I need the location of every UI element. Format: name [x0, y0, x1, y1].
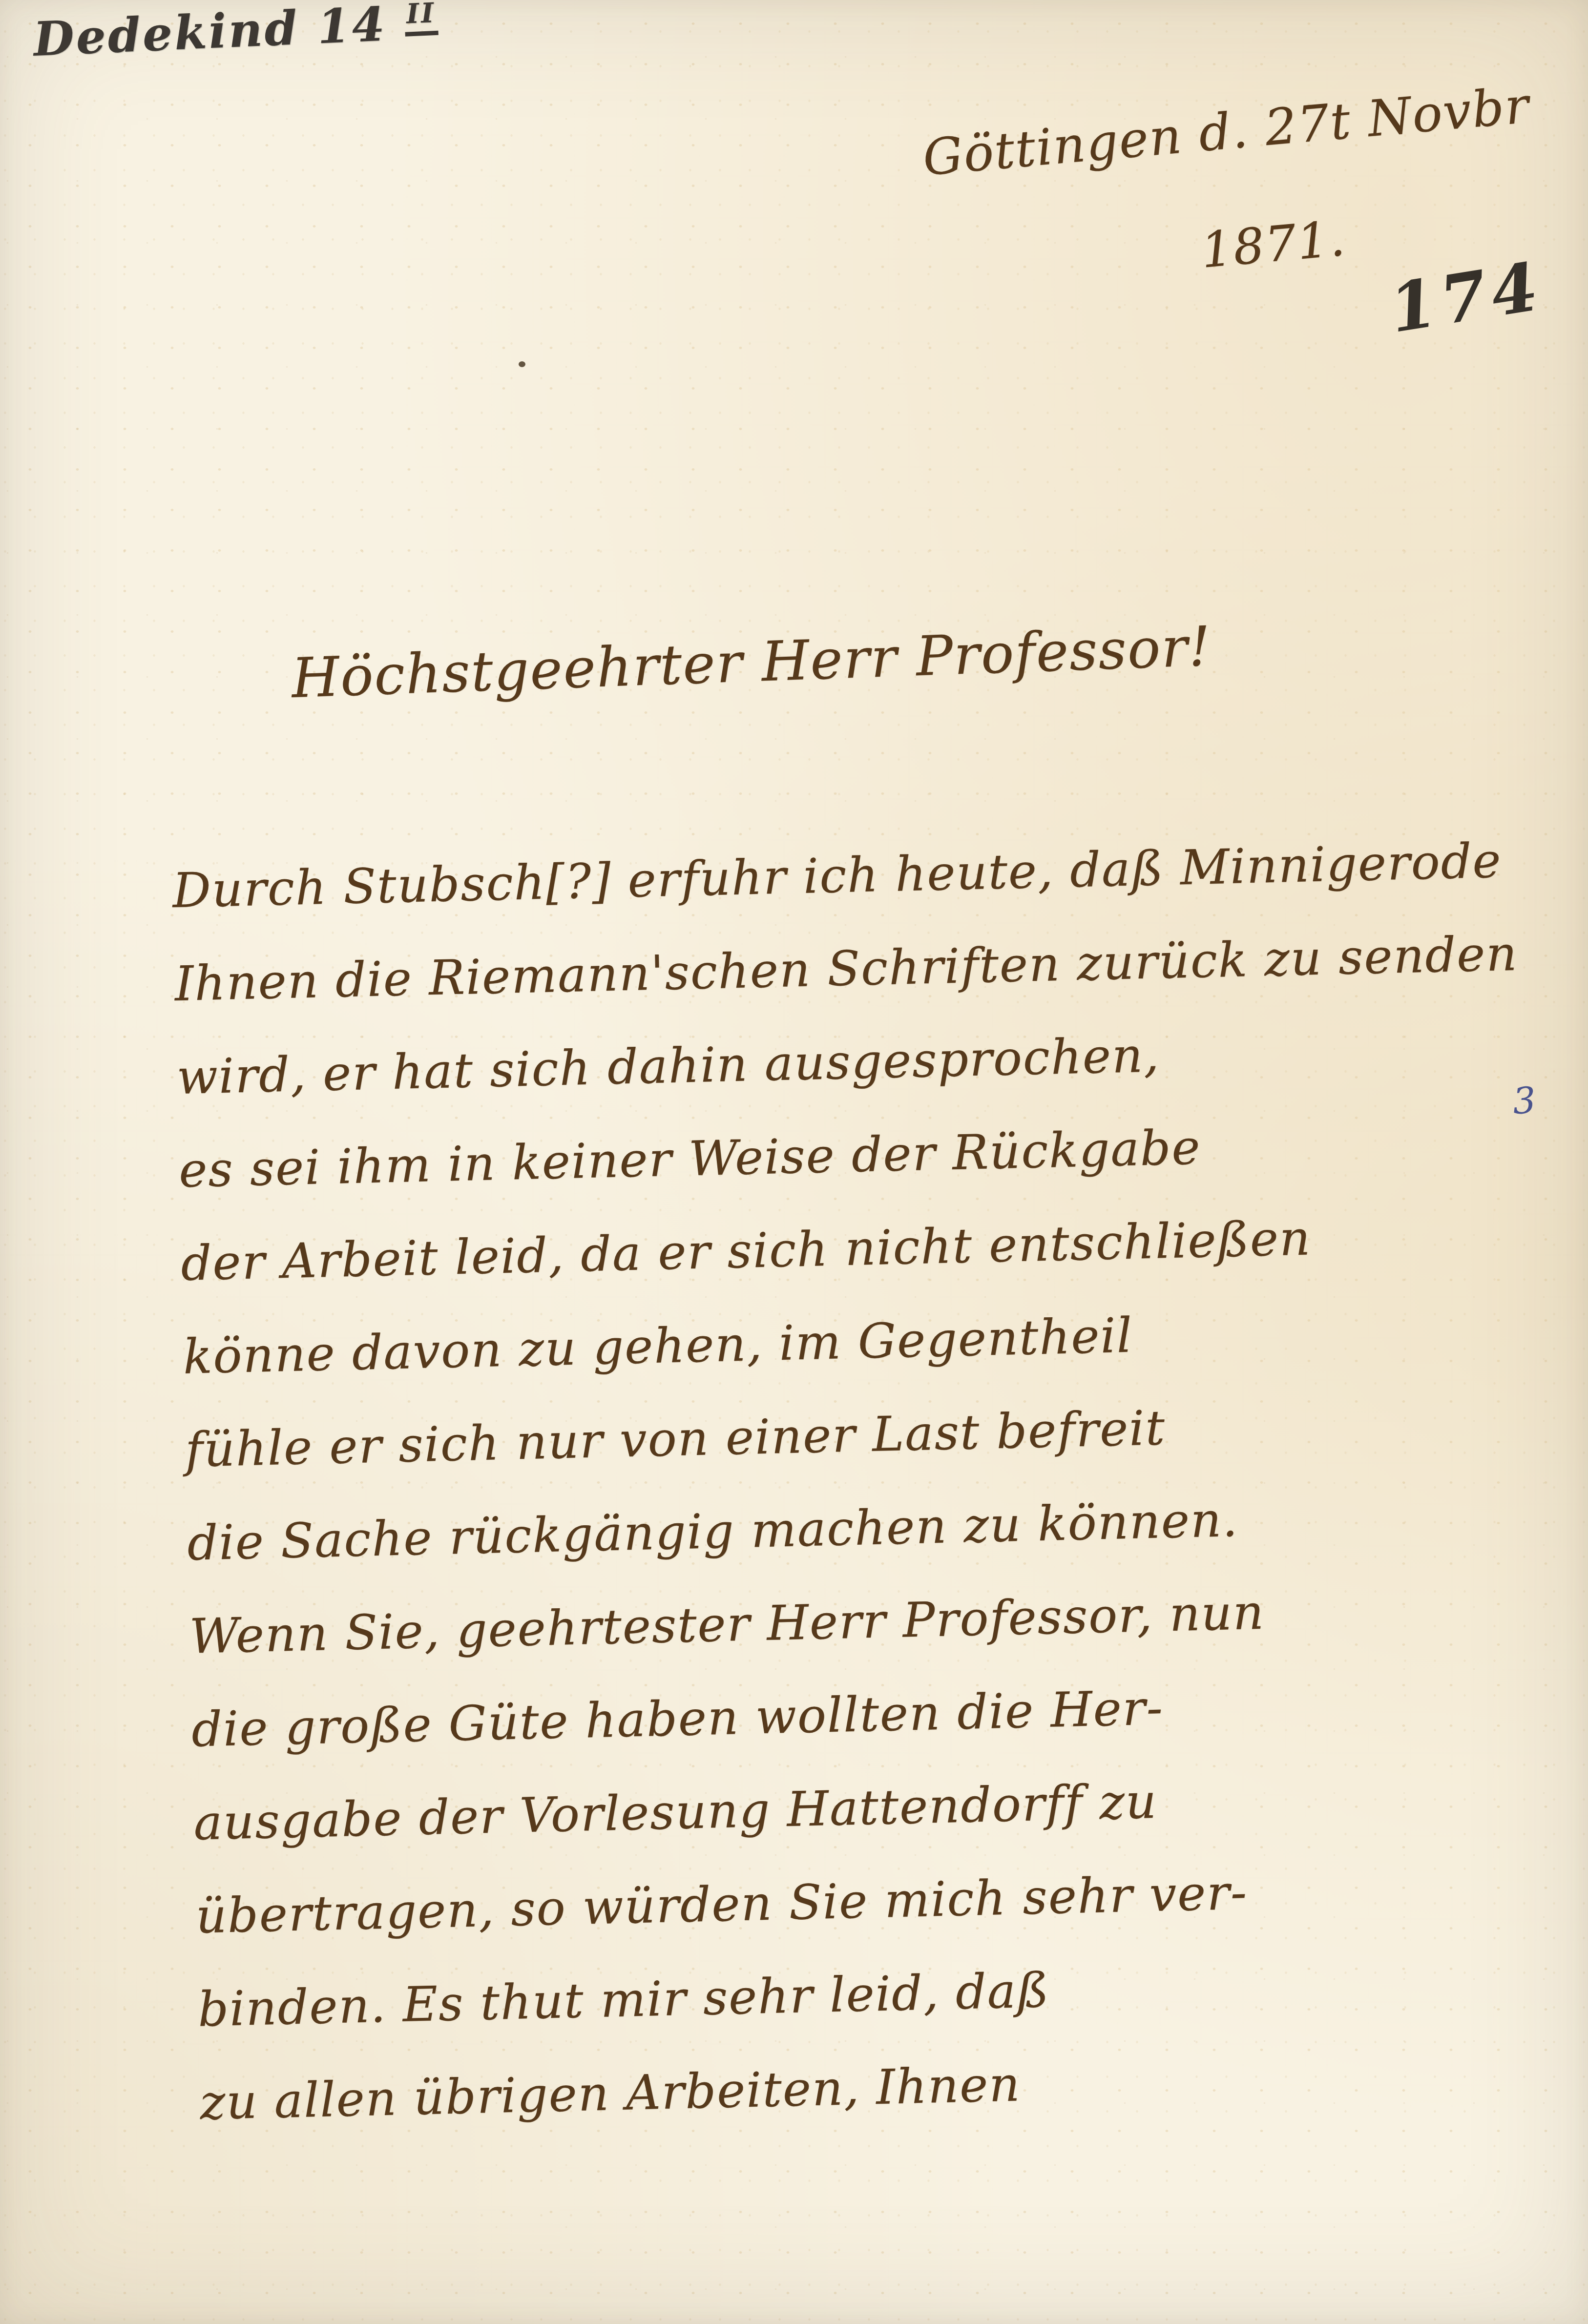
salutation: Höchstgeehrter Herr Professor!	[291, 615, 1212, 710]
archive-pencil-note-text: Dedekind 14	[32, 0, 388, 67]
dateline-place-date: Göttingen d. 27t Novbr	[920, 76, 1532, 187]
folio-number: 174	[1384, 247, 1548, 348]
dateline-year: 1871.	[1199, 209, 1348, 279]
letter-body: Durch Stubsch[?] erfuhr ich heute, daß M…	[172, 832, 1578, 2168]
archive-pencil-note-superscript: II	[403, 0, 439, 37]
ink-speck	[519, 361, 525, 367]
letter-scan-page: Dedekind 14 II Göttingen d. 27t Novbr 18…	[0, 0, 1588, 2324]
archive-pencil-note: Dedekind 14 II	[32, 0, 439, 67]
